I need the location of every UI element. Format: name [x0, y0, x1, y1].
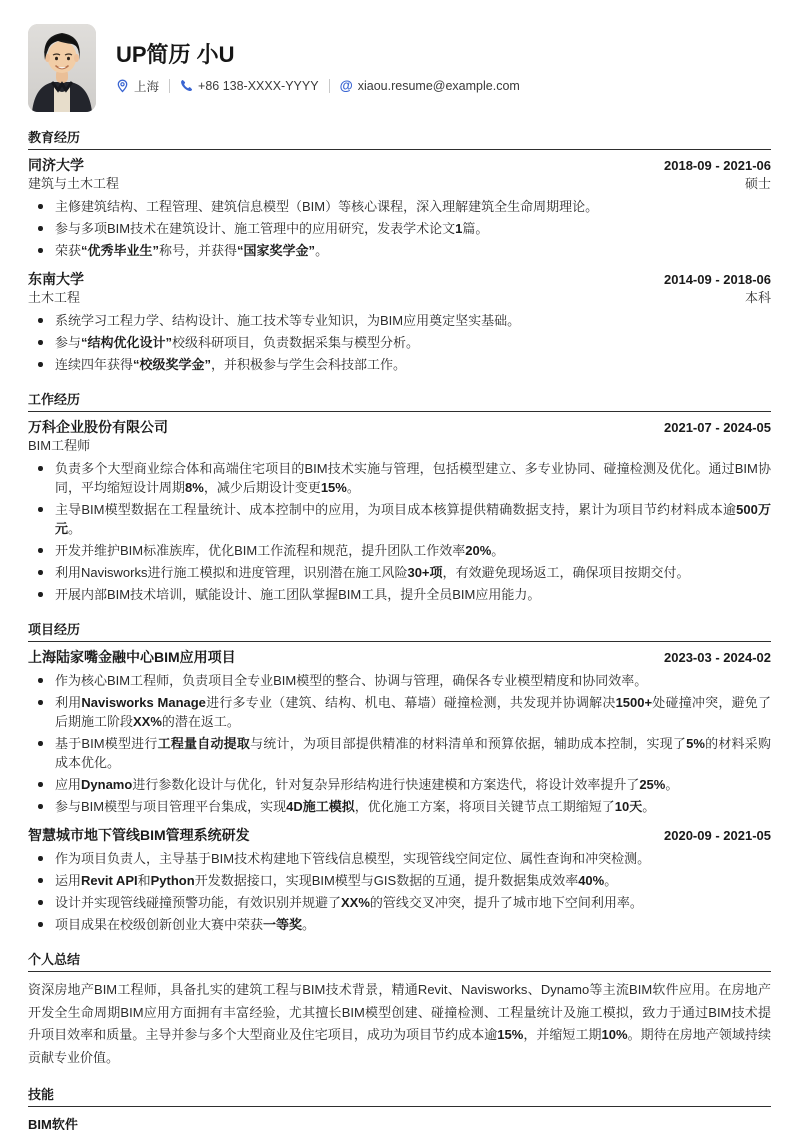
section-title: 教育经历: [28, 130, 771, 150]
section-title: 项目经历: [28, 622, 771, 642]
portrait-photo: [28, 24, 96, 112]
project-entry: 上海陆家嘴金融中心BIM应用项目 2023-03 - 2024-02 作为核心B…: [28, 649, 771, 816]
entry-head: 智慧城市地下管线BIM管理系统研发 2020-09 - 2021-05: [28, 827, 771, 844]
candidate-name: UP简历 小U: [116, 42, 520, 68]
text-run: 与统计，为项目部提供精准的材料清单和预算依据，辅助成本控制，实现了: [250, 736, 686, 751]
text-run: 利用Navisworks进行施工模拟和进度管理，识别潜在施工风险: [55, 565, 407, 580]
text-run: 开发并维护BIM标准族库，优化BIM工作流程和规范，提升团队工作效率: [55, 543, 465, 558]
resume-page: UP简历 小U 上海 +86 138-XXXX-YYYY @: [0, 0, 799, 1130]
avatar: [28, 24, 96, 112]
text-run: 利用: [55, 695, 81, 710]
location-pin-icon: [116, 79, 129, 93]
entry-subtitle-row: 土木工程 本科: [28, 290, 771, 306]
section-summary: 个人总结 资深房地产BIM工程师，具备扎实的建筑工程与BIM技术背景，精通Rev…: [28, 952, 771, 1069]
contact-row: 上海 +86 138-XXXX-YYYY @ xiaou.resume@exam…: [116, 77, 520, 95]
bullet-item: 运用Revit API和Python开发数据接口，实现BIM模型与GIS数据的互…: [28, 871, 771, 890]
text-run: 篇。: [462, 221, 488, 236]
section-projects: 项目经历 上海陆家嘴金融中心BIM应用项目 2023-03 - 2024-02 …: [28, 622, 771, 934]
contact-email-text: xiaou.resume@example.com: [358, 79, 520, 93]
bullet-list: 作为项目负责人，主导基于BIM技术构建地下管线信息模型，实现管线空间定位、属性查…: [28, 849, 771, 934]
entry-date: 2014-09 - 2018-06: [664, 272, 771, 288]
text-run: 基于BIM模型进行: [55, 736, 158, 751]
bullet-item: 开发并维护BIM标准族库，优化BIM工作流程和规范，提升团队工作效率20%。: [28, 541, 771, 560]
header-info: UP简历 小U 上海 +86 138-XXXX-YYYY @: [116, 42, 520, 95]
bullet-item: 连续四年获得“校级奖学金”，并积极参与学生会科技部工作。: [28, 355, 771, 374]
entry-date: 2018-09 - 2021-06: [664, 158, 771, 174]
text-run: XX%: [341, 895, 370, 910]
text-run: XX%: [133, 714, 162, 729]
bullet-item: 基于BIM模型进行工程量自动提取与统计，为项目部提供精准的材料清单和预算依据，辅…: [28, 734, 771, 772]
text-run: 应用: [55, 777, 81, 792]
text-run: 。: [347, 480, 360, 495]
entry-subtitle-row: BIM工程师: [28, 438, 771, 454]
text-run: Dynamo: [81, 777, 132, 792]
contact-divider: [169, 79, 170, 93]
text-run: 参与多项BIM技术在建筑设计、施工管理中的应用研究，发表学术论文: [55, 221, 455, 236]
text-run: 。: [642, 799, 655, 814]
school-name: 东南大学: [28, 271, 84, 287]
bullet-item: 应用Dynamo进行参数化设计与优化，针对复杂异形结构进行快速建模和方案迭代，将…: [28, 775, 771, 794]
text-run: Revit API: [81, 873, 138, 888]
entry-head: 东南大学 2014-09 - 2018-06: [28, 271, 771, 288]
text-run: 的潜在返工。: [162, 714, 240, 729]
degree: 本科: [745, 290, 771, 306]
resume-header: UP简历 小U 上海 +86 138-XXXX-YYYY @: [28, 24, 771, 112]
skills-group-label: BIM软件: [28, 1114, 771, 1130]
bullet-item: 负责多个大型商业综合体和高端住宅项目的BIM技术实施与管理，包括模型建立、多专业…: [28, 459, 771, 497]
degree: 硕士: [745, 176, 771, 192]
bullet-item: 开展内部BIM技术培训，赋能设计、施工团队掌握BIM工具，提升全员BIM应用能力…: [28, 585, 771, 604]
bullet-item: 参与多项BIM技术在建筑设计、施工管理中的应用研究，发表学术论文1篇。: [28, 219, 771, 238]
at-icon: @: [340, 79, 353, 92]
bullet-item: 系统学习工程力学、结构设计、施工技术等专业知识，为BIM应用奠定坚实基础。: [28, 311, 771, 330]
entry-date: 2023-03 - 2024-02: [664, 650, 771, 666]
text-run: 主导BIM模型数据在工程量统计、成本控制中的应用，为项目成本核算提供精确数据支持…: [55, 502, 736, 517]
text-run: Python: [151, 873, 195, 888]
text-run: 参与: [55, 335, 81, 350]
text-run: 设计并实现管线碰撞预警功能，有效识别并规避了: [55, 895, 341, 910]
bullet-item: 作为核心BIM工程师，负责项目全专业BIM模型的整合、协调与管理，确保各专业模型…: [28, 671, 771, 690]
text-run: 称号，并获得: [159, 243, 237, 258]
education-entry: 同济大学 2018-09 - 2021-06 建筑与土木工程 硕士 主修建筑结构…: [28, 157, 771, 260]
bullet-item: 参与“结构优化设计”校级科研项目，负责数据采集与模型分析。: [28, 333, 771, 352]
text-run: “国家奖学金”: [237, 243, 315, 258]
text-run: 项目成果在校级创新创业大赛中荣获: [55, 917, 263, 932]
text-run: 校级科研项目，负责数据采集与模型分析。: [172, 335, 419, 350]
text-run: 。: [604, 873, 617, 888]
bullet-item: 主修建筑结构、工程管理、建筑信息模型（BIM）等核心课程，深入理解建筑全生命周期…: [28, 197, 771, 216]
text-run: 参与BIM模型与项目管理平台集成，实现: [55, 799, 286, 814]
text-run: 连续四年获得: [55, 357, 133, 372]
text-run: 主修建筑结构、工程管理、建筑信息模型（BIM）等核心课程，深入理解建筑全生命周期…: [55, 199, 598, 214]
contact-phone: +86 138-XXXX-YYYY: [180, 79, 319, 93]
text-run: 25%: [639, 777, 665, 792]
project-entry: 智慧城市地下管线BIM管理系统研发 2020-09 - 2021-05 作为项目…: [28, 827, 771, 934]
text-run: ，优化施工方案，将项目关键节点工期缩短了: [355, 799, 615, 814]
text-run: ，减少后期设计变更: [204, 480, 321, 495]
bullet-item: 设计并实现管线碰撞预警功能，有效识别并规避了XX%的管线交叉冲突，提升了城市地下…: [28, 893, 771, 912]
text-run: 。: [665, 777, 678, 792]
bullet-item: 利用Navisworks Manage进行多专业（建筑、结构、机电、幕墙）碰撞检…: [28, 693, 771, 731]
text-run: 10天: [615, 799, 642, 814]
company-name: 万科企业股份有限公司: [28, 419, 168, 435]
entry-subtitle-row: 建筑与土木工程 硕士: [28, 176, 771, 192]
project-name: 智慧城市地下管线BIM管理系统研发: [28, 827, 250, 843]
text-run: 作为核心BIM工程师，负责项目全专业BIM模型的整合、协调与管理，确保各专业模型…: [55, 673, 647, 688]
text-run: ，并缩短工期: [523, 1027, 601, 1042]
contact-email: @ xiaou.resume@example.com: [340, 79, 520, 93]
phone-icon: [180, 79, 193, 92]
bullet-item: 利用Navisworks进行施工模拟和进度管理，识别潜在施工风险30+项，有效避…: [28, 563, 771, 582]
text-run: 10%: [602, 1027, 628, 1042]
text-run: “结构优化设计”: [81, 335, 172, 350]
text-run: 1500+: [616, 695, 653, 710]
text-run: 40%: [578, 873, 604, 888]
text-run: 进行多专业（建筑、结构、机电、幕墙）碰撞检测，共发现并协调解决: [206, 695, 616, 710]
text-run: 15%: [321, 480, 347, 495]
text-run: 和: [138, 873, 151, 888]
text-run: 作为项目负责人，主导基于BIM技术构建地下管线信息模型，实现管线空间定位、属性查…: [55, 851, 650, 866]
bullet-list: 系统学习工程力学、结构设计、施工技术等专业知识，为BIM应用奠定坚实基础。参与“…: [28, 311, 771, 374]
text-run: 开发数据接口，实现BIM模型与GIS数据的互通，提升数据集成效率: [195, 873, 579, 888]
bullet-item: 主导BIM模型数据在工程量统计、成本控制中的应用，为项目成本核算提供精确数据支持…: [28, 500, 771, 538]
education-entry: 东南大学 2014-09 - 2018-06 土木工程 本科 系统学习工程力学、…: [28, 271, 771, 374]
contact-location-text: 上海: [134, 77, 159, 95]
work-entry: 万科企业股份有限公司 2021-07 - 2024-05 BIM工程师 负责多个…: [28, 419, 771, 604]
text-run: 进行参数化设计与优化，针对复杂异形结构进行快速建模和方案迭代，将设计效率提升了: [132, 777, 639, 792]
bullet-list: 主修建筑结构、工程管理、建筑信息模型（BIM）等核心课程，深入理解建筑全生命周期…: [28, 197, 771, 260]
section-title: 个人总结: [28, 952, 771, 972]
entry-head: 上海陆家嘴金融中心BIM应用项目 2023-03 - 2024-02: [28, 649, 771, 666]
contact-phone-text: +86 138-XXXX-YYYY: [198, 79, 319, 93]
school-name: 同济大学: [28, 157, 84, 173]
job-title: BIM工程师: [28, 438, 90, 454]
text-run: 5%: [686, 736, 705, 751]
text-run: “优秀毕业生”: [81, 243, 159, 258]
text-run: 一等奖: [263, 917, 302, 932]
bullet-item: 荣获“优秀毕业生”称号，并获得“国家奖学金”。: [28, 241, 771, 260]
bullet-item: 作为项目负责人，主导基于BIM技术构建地下管线信息模型，实现管线空间定位、属性查…: [28, 849, 771, 868]
text-run: 负责多个大型商业综合体和高端住宅项目的BIM技术实施与管理，包括模型建立、多专业…: [55, 461, 771, 495]
text-run: 系统学习工程力学、结构设计、施工技术等专业知识，为BIM应用奠定坚实基础。: [55, 313, 520, 328]
bullet-item: 项目成果在校级创新创业大赛中荣获一等奖。: [28, 915, 771, 934]
contact-location: 上海: [116, 77, 159, 95]
text-run: 。: [302, 917, 315, 932]
text-run: 开展内部BIM技术培训，赋能设计、施工团队掌握BIM工具，提升全员BIM应用能力…: [55, 587, 540, 602]
text-run: 的管线交叉冲突，提升了城市地下空间利用率。: [370, 895, 643, 910]
section-education: 教育经历 同济大学 2018-09 - 2021-06 建筑与土木工程 硕士 主…: [28, 130, 771, 374]
section-skills: 技能 BIM软件: [28, 1087, 771, 1130]
text-run: 荣获: [55, 243, 81, 258]
text-run: 15%: [497, 1027, 523, 1042]
section-title: 工作经历: [28, 392, 771, 412]
major: 建筑与土木工程: [28, 176, 119, 192]
text-run: 运用: [55, 873, 81, 888]
entry-head: 同济大学 2018-09 - 2021-06: [28, 157, 771, 174]
text-run: 。: [68, 521, 81, 536]
text-run: ，有效避免现场返工，确保项目按期交付。: [443, 565, 690, 580]
bullet-list: 作为核心BIM工程师，负责项目全专业BIM模型的整合、协调与管理，确保各专业模型…: [28, 671, 771, 816]
contact-divider: [329, 79, 330, 93]
text-run: 工程量自动提取: [158, 736, 251, 751]
text-run: 。: [491, 543, 504, 558]
entry-date: 2021-07 - 2024-05: [664, 420, 771, 436]
entry-head: 万科企业股份有限公司 2021-07 - 2024-05: [28, 419, 771, 436]
bullet-item: 参与BIM模型与项目管理平台集成，实现4D施工模拟，优化施工方案，将项目关键节点…: [28, 797, 771, 816]
text-run: 8%: [185, 480, 204, 495]
project-name: 上海陆家嘴金融中心BIM应用项目: [28, 649, 236, 665]
text-run: ，并积极参与学生会科技部工作。: [211, 357, 406, 372]
section-work: 工作经历 万科企业股份有限公司 2021-07 - 2024-05 BIM工程师…: [28, 392, 771, 604]
major: 土木工程: [28, 290, 80, 306]
text-run: 。: [315, 243, 328, 258]
text-run: 4D施工模拟: [286, 799, 355, 814]
section-title: 技能: [28, 1087, 771, 1107]
bullet-list: 负责多个大型商业综合体和高端住宅项目的BIM技术实施与管理，包括模型建立、多专业…: [28, 459, 771, 604]
entry-date: 2020-09 - 2021-05: [664, 828, 771, 844]
text-run: Navisworks Manage: [81, 695, 205, 710]
text-run: “校级奖学金”: [133, 357, 211, 372]
text-run: 20%: [465, 543, 491, 558]
summary-paragraph: 资深房地产BIM工程师，具备扎实的建筑工程与BIM技术背景，精通Revit、Na…: [28, 979, 771, 1069]
text-run: 30+项: [407, 565, 442, 580]
